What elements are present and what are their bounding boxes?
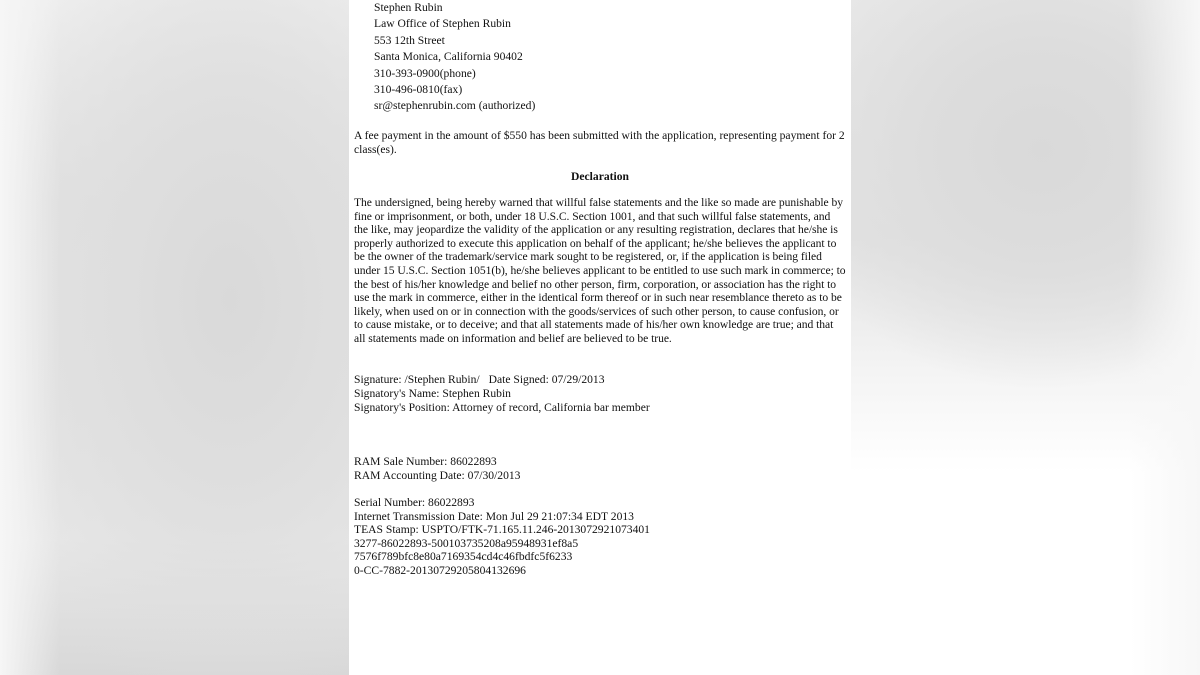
teas-stamp-line-4: 0-CC-7882-20130729205804132696 xyxy=(354,564,650,578)
ram-accounting-date: RAM Accounting Date: 07/30/2013 xyxy=(354,469,520,483)
declaration-heading: Declaration xyxy=(349,170,851,184)
teas-stamp-line-3: 7576f789bfc8e80a7169354cd4c46fbdfc5f6233 xyxy=(354,550,650,564)
correspondent-street: 553 12th Street xyxy=(374,33,535,49)
correspondent-address-block: Stephen Rubin Law Office of Stephen Rubi… xyxy=(374,0,535,115)
declaration-body: The undersigned, being hereby warned tha… xyxy=(354,196,846,346)
signature-row: Signature: /Stephen Rubin/Date Signed: 0… xyxy=(354,373,650,387)
fee-payment-statement: A fee payment in the amount of $550 has … xyxy=(354,129,846,156)
correspondent-name: Stephen Rubin xyxy=(374,0,535,16)
correspondent-email: sr@stephenrubin.com (authorized) xyxy=(374,98,535,114)
ram-sale-number: RAM Sale Number: 86022893 xyxy=(354,455,520,469)
serial-number: Serial Number: 86022893 xyxy=(354,496,650,510)
signature-block: Signature: /Stephen Rubin/Date Signed: 0… xyxy=(354,373,650,414)
teas-stamp: TEAS Stamp: USPTO/FTK-71.165.11.246-2013… xyxy=(354,523,650,537)
ram-block: RAM Sale Number: 86022893 RAM Accounting… xyxy=(354,455,520,483)
correspondent-firm: Law Office of Stephen Rubin xyxy=(374,16,535,32)
blurred-background-left xyxy=(0,0,349,675)
signatory-name: Signatory's Name: Stephen Rubin xyxy=(354,387,650,401)
correspondent-phone: 310-393-0900(phone) xyxy=(374,66,535,82)
teas-stamp-line-2: 3277-86022893-500103735208a95948931ef8a5 xyxy=(354,537,650,551)
filing-info-block: Serial Number: 86022893 Internet Transmi… xyxy=(354,496,650,578)
signatory-position: Signatory's Position: Attorney of record… xyxy=(354,401,650,415)
signature-line: Signature: /Stephen Rubin/ xyxy=(354,373,480,386)
document-page: Stephen Rubin Law Office of Stephen Rubi… xyxy=(349,0,851,675)
date-signed: Date Signed: 07/29/2013 xyxy=(489,373,605,386)
screenshot-stage: Stephen Rubin Law Office of Stephen Rubi… xyxy=(0,0,1200,675)
transmission-date: Internet Transmission Date: Mon Jul 29 2… xyxy=(354,510,650,524)
correspondent-city: Santa Monica, California 90402 xyxy=(374,49,535,65)
blurred-background-right xyxy=(851,0,1200,675)
correspondent-fax: 310-496-0810(fax) xyxy=(374,82,535,98)
